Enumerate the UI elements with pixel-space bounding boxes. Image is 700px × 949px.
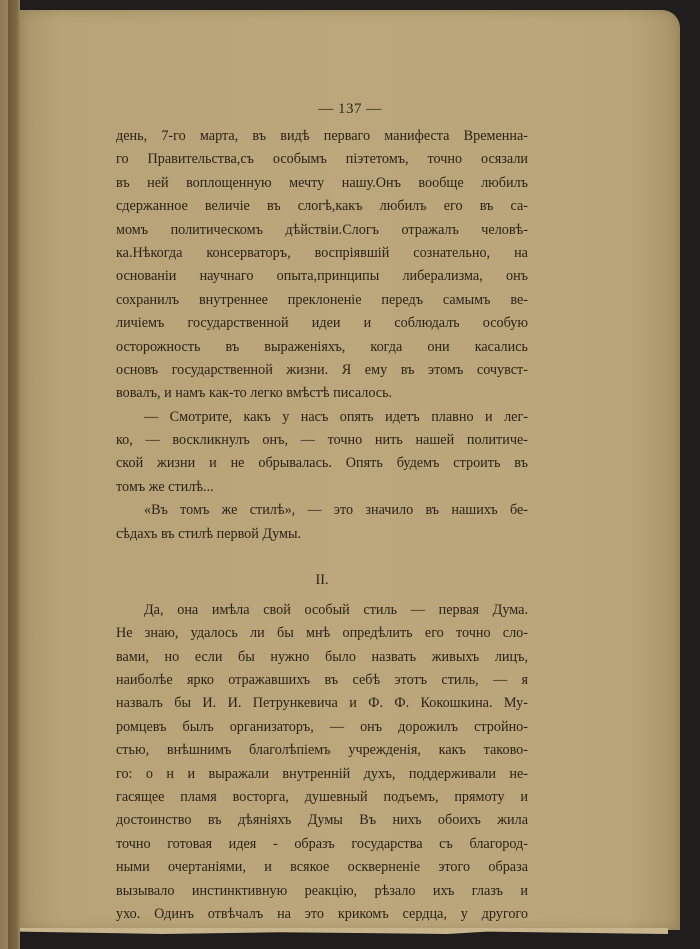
text-line: — Смотрите, какъ у насъ опять идетъ плав… <box>116 406 528 429</box>
page-number: — 137 — <box>0 101 700 118</box>
spacer <box>116 546 528 569</box>
text-line: сѣдахъ въ стилѣ первой Думы. <box>116 523 528 546</box>
text-line: гасящее пламя восторга, душевный подъемъ… <box>116 786 528 809</box>
text-line: достоинство въ дѣяніяхъ Думы Въ нихъ обо… <box>116 809 528 832</box>
text-line: сдержанное величіе въ слогѣ,какъ любилъ … <box>116 195 528 218</box>
text-line: основъ государственной жизни. Я ему въ э… <box>116 359 528 382</box>
page-text: день, 7-го марта, въ видѣ перваго манифе… <box>116 125 528 926</box>
text-line: ской жизни и не обрывалась. Опять будемъ… <box>116 452 528 475</box>
text-line: ромцевъ былъ организаторъ, — онъ дорожил… <box>116 716 528 739</box>
text-line: наиболѣе ярко отражавшихъ въ себѣ этотъ … <box>116 669 528 692</box>
text-line: ко, — воскликнулъ онъ, — точно нить наше… <box>116 429 528 452</box>
text-line: Не знаю, удалось ли бы мнѣ опредѣлить ег… <box>116 622 528 645</box>
text-line: ка.Нѣкогда консерваторъ, воспріявшій соз… <box>116 242 528 265</box>
text-line: ными очертаніями, и всякое оскверненіе э… <box>116 856 528 879</box>
text-line: вызывало инстинктивную реакцію, рѣзало и… <box>116 880 528 903</box>
text-line: основаніи научнаго опыта,принципы либера… <box>116 265 528 288</box>
paragraph-3: «Въ томъ же стилѣ», — это значило въ наш… <box>116 499 528 546</box>
text-line: осторожность въ выраженіяхъ, когда они к… <box>116 336 528 359</box>
text-line: «Въ томъ же стилѣ», — это значило въ наш… <box>116 499 528 522</box>
text-line: назвалъ бы И. И. Петрункевича и Ф. Ф. Ко… <box>116 692 528 715</box>
book-gutter <box>8 0 20 949</box>
text-line: момъ политическомъ дѣйствіи.Слогъ отража… <box>116 219 528 242</box>
text-line: въ ней воплощенную мечту нашу.Онъ вообще… <box>116 172 528 195</box>
text-line: вовалъ, и намъ как-то легко вмѣстѣ писал… <box>116 382 528 405</box>
text-line: личіемъ государственной идеи и соблюдалъ… <box>116 312 528 335</box>
text-line: томъ же стилѣ... <box>116 476 528 499</box>
paragraph-4: Да, она имѣла свой особый стиль — первая… <box>116 599 528 926</box>
text-line: го: о н и выражали внутренній духъ, подд… <box>116 763 528 786</box>
text-line: точно готовая идея - образъ государства … <box>116 833 528 856</box>
text-line: сохранилъ внутреннее преклоненіе передъ … <box>116 289 528 312</box>
text-line: день, 7-го марта, въ видѣ перваго манифе… <box>116 125 528 148</box>
section-heading: II. <box>116 569 528 592</box>
text-line: го Правительства,съ особымъ піэтетомъ, т… <box>116 148 528 171</box>
text-line: Да, она имѣла свой особый стиль — первая… <box>116 599 528 622</box>
text-line: ухо. Одинъ отвѣчалъ на это крикомъ сердц… <box>116 903 528 926</box>
text-line: вами, но если бы нужно было назвать живы… <box>116 646 528 669</box>
paragraph-1: день, 7-го марта, въ видѣ перваго манифе… <box>116 125 528 406</box>
text-line: стью, внѣшнимъ благолѣпіемъ учрежденія, … <box>116 739 528 762</box>
page-bottom-edge <box>20 928 668 934</box>
paragraph-2: — Смотрите, какъ у насъ опять идетъ плав… <box>116 406 528 500</box>
